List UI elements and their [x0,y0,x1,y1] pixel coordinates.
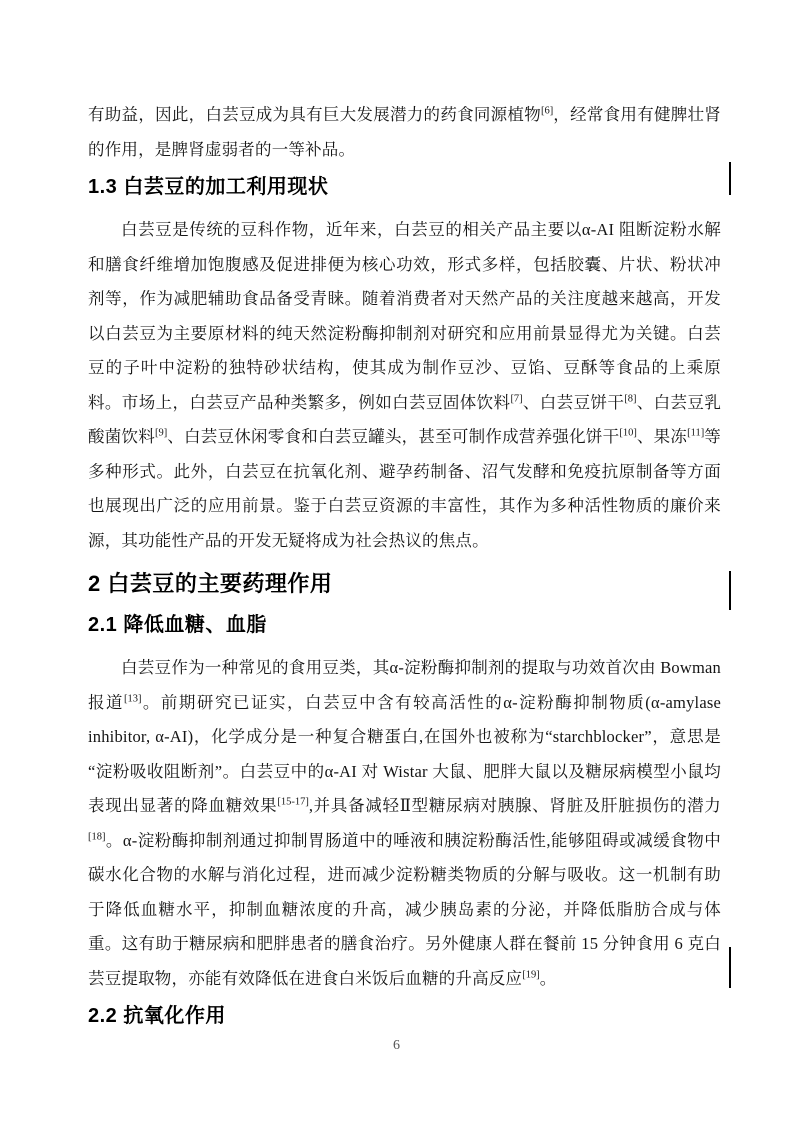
paragraph-processing: 白芸豆是传统的豆科作物，近年来，白芸豆的相关产品主要以α-AI 阻断淀粉水解和膳… [88,213,721,558]
citation-ref: [6] [541,106,553,117]
paragraph-hypoglycemic: 白芸豆作为一种常见的食用豆类，其α-淀粉酶抑制剂的提取与功效首次由 Bowman… [88,651,721,996]
text-run: 、白芸豆休闲零食和白芸豆罐头，甚至可制作成营养强化饼干 [167,427,619,446]
heading-section-2-2: 2.2 抗氧化作用 [88,1003,721,1029]
citation-ref: [10] [619,428,637,439]
text-run: 白芸豆是传统的豆科作物，近年来，白芸豆的相关产品主要以α-AI 阻断淀粉水解和膳… [88,220,721,412]
citation-ref: [8] [624,393,636,404]
citation-ref: [15-17] [277,797,309,808]
text-run: 、白芸豆饼干 [523,393,625,412]
text-run: ,并具备减轻Ⅱ型糖尿病对胰腺、肾脏及肝脏损伤的潜力 [309,796,721,815]
citation-ref: [9] [155,428,167,439]
text-run: 有助益，因此，白芸豆成为具有巨大发展潜力的药食同源植物 [88,105,541,124]
heading-chapter-2: 2 白芸豆的主要药理作用 [88,570,721,598]
paragraph-intro: 有助益，因此，白芸豆成为具有巨大发展潜力的药食同源植物[6]，经常食用有健脾壮肾… [88,98,721,167]
heading-section-1-3: 1.3 白芸豆的加工利用现状 [88,174,721,200]
text-run: 。 [540,969,557,988]
text-run: 。α-淀粉酶抑制剂通过抑制胃肠道中的唾液和胰淀粉酶活性,能够阻碍或减缓食物中碳水… [88,831,721,988]
citation-ref: [13] [124,693,142,704]
page-number: 6 [0,1038,793,1054]
citation-ref: [11] [687,428,704,439]
text-run: 、果冻 [637,427,687,446]
citation-ref: [7] [510,393,522,404]
document-page: 有助益，因此，白芸豆成为具有巨大发展潜力的药食同源植物[6]，经常食用有健脾壮肾… [0,0,793,1122]
revision-change-bar [729,571,731,610]
citation-ref: [19] [522,969,540,980]
revision-change-bar [729,162,731,195]
page-content: 有助益，因此，白芸豆成为具有巨大发展潜力的药食同源植物[6]，经常食用有健脾壮肾… [88,98,721,1042]
citation-ref: [18] [88,831,106,842]
revision-change-bar [729,947,731,988]
heading-section-2-1: 2.1 降低血糖、血脂 [88,612,721,638]
